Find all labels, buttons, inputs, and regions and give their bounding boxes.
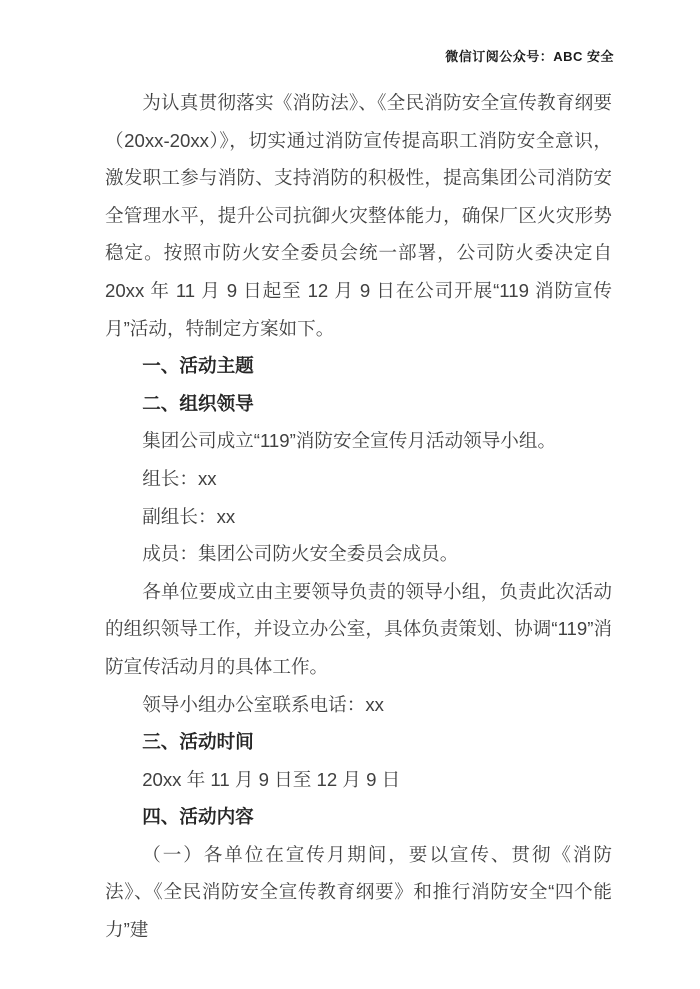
section-heading-leadership: 二、组织领导 [105, 385, 612, 423]
group-leader-line: 组长：xx [105, 460, 612, 498]
leadership-group-paragraph: 集团公司成立“119”消防安全宣传月活动领导小组。 [105, 422, 612, 460]
section-heading-time: 三、活动时间 [105, 723, 612, 761]
document-body: 为认真贯彻落实《消防法》、《全民消防安全宣传教育纲要（20xx-20xx）》，切… [105, 84, 612, 949]
intro-paragraph: 为认真贯彻落实《消防法》、《全民消防安全宣传教育纲要（20xx-20xx）》，切… [105, 84, 612, 347]
section-heading-theme: 一、活动主题 [105, 347, 612, 385]
office-phone-line: 领导小组办公室联系电话：xx [105, 686, 612, 724]
section-heading-content: 四、活动内容 [105, 798, 612, 836]
wechat-account-label: 微信订阅公众号：ABC 安全 [0, 46, 614, 65]
unit-requirements-paragraph: 各单位要成立由主要领导负责的领导小组，负责此次活动的组织领导工作，并设立办公室，… [105, 573, 612, 686]
document-page: 微信订阅公众号：ABC 安全 为认真贯彻落实《消防法》、《全民消防安全宣传教育纲… [0, 0, 700, 989]
activity-time-line: 20xx 年 11 月 9 日至 12 月 9 日 [105, 761, 612, 799]
deputy-leader-line: 副组长：xx [105, 498, 612, 536]
members-line: 成员：集团公司防火安全委员会成员。 [105, 535, 612, 573]
content-item-one-paragraph: （一）各单位在宣传月期间，要以宣传、贯彻《消防法》、《全民消防安全宣传教育纲要》… [105, 836, 612, 949]
